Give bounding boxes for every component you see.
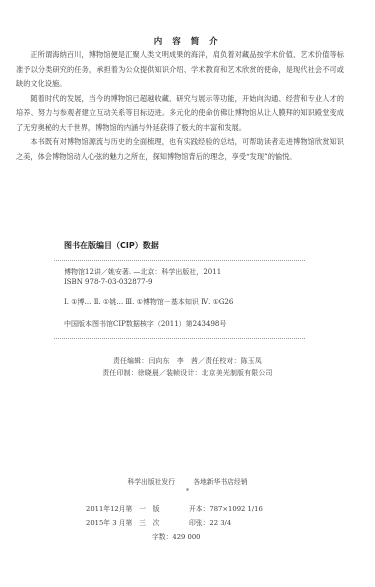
intro-paragraph: 随着时代的发展，当今的博物馆已超越收藏、研究与展示等功能，开始向沟通、经营和专业… <box>16 92 344 136</box>
printing-info: 2015年 3 月第 三 次 <box>86 516 189 530</box>
issuer: 科学出版社发行 <box>127 478 175 486</box>
cip-block: 博物馆12讲／姚安著. —北京：科学出版社，2011 ISBN 978-7-03… <box>64 268 233 329</box>
edition-info: 2011年12月第 一 版 开本：787×1092 1/16 2015年 3 月… <box>86 502 263 544</box>
cip-record-number: 中国版本图书馆CIP数据核字（2011）第243498号 <box>64 320 233 330</box>
cip-top-divider <box>54 260 305 261</box>
cip-title-line: 博物馆12讲／姚安著. —北京：科学出版社，2011 <box>64 268 233 278</box>
production-credits: 责任印制：徐晓晨／装帧设计：北京美光制版有限公司 <box>0 367 375 379</box>
copyright-page: 内 容 简 介 正所谓海纳百川，博物馆便是汇聚人类文明成果的海洋，肩负着对藏品按… <box>0 0 375 587</box>
cip-header: 图书在版编目（CIP）数据 <box>64 240 159 251</box>
editor-credits: 责任编辑：闫向东 李 茜／责任校对：陈玉凤 <box>0 355 375 367</box>
publisher-line: 科学出版社发行 各地新华书店经销 <box>0 476 375 486</box>
star-separator: * <box>0 488 375 495</box>
distributor: 各地新华书店经销 <box>193 478 247 486</box>
intro-paragraph: 正所谓海纳百川，博物馆便是汇聚人类文明成果的海洋，肩负着对藏品按学术价值、艺术价… <box>16 48 344 92</box>
print-sheets: 印张：22 3/4 <box>189 516 231 530</box>
cip-bottom-divider <box>54 338 305 339</box>
cip-isbn: ISBN 978-7-03-032877-9 <box>64 278 233 288</box>
book-format: 开本：787×1092 1/16 <box>189 502 263 516</box>
first-edition: 2011年12月第 一 版 <box>86 502 189 516</box>
credits-block: 责任编辑：闫向东 李 茜／责任校对：陈玉凤 责任印制：徐晓晨／装帧设计：北京美光… <box>0 355 375 379</box>
intro-text: 正所谓海纳百川，博物馆便是汇聚人类文明成果的海洋，肩负着对藏品按学术价值、艺术价… <box>16 48 344 164</box>
intro-paragraph: 本书既有对博物馆源流与历史的全面梳理，也有实践经验的总结，可帮助读者走进博物馆欣… <box>16 135 344 164</box>
intro-title: 内 容 简 介 <box>0 35 375 47</box>
cip-classification: Ⅰ. ①博… Ⅱ. ①姚… Ⅲ. ①博物馆－基本知识 Ⅳ. ①G26 <box>64 298 233 308</box>
word-count: 字数：429 000 <box>152 530 201 544</box>
